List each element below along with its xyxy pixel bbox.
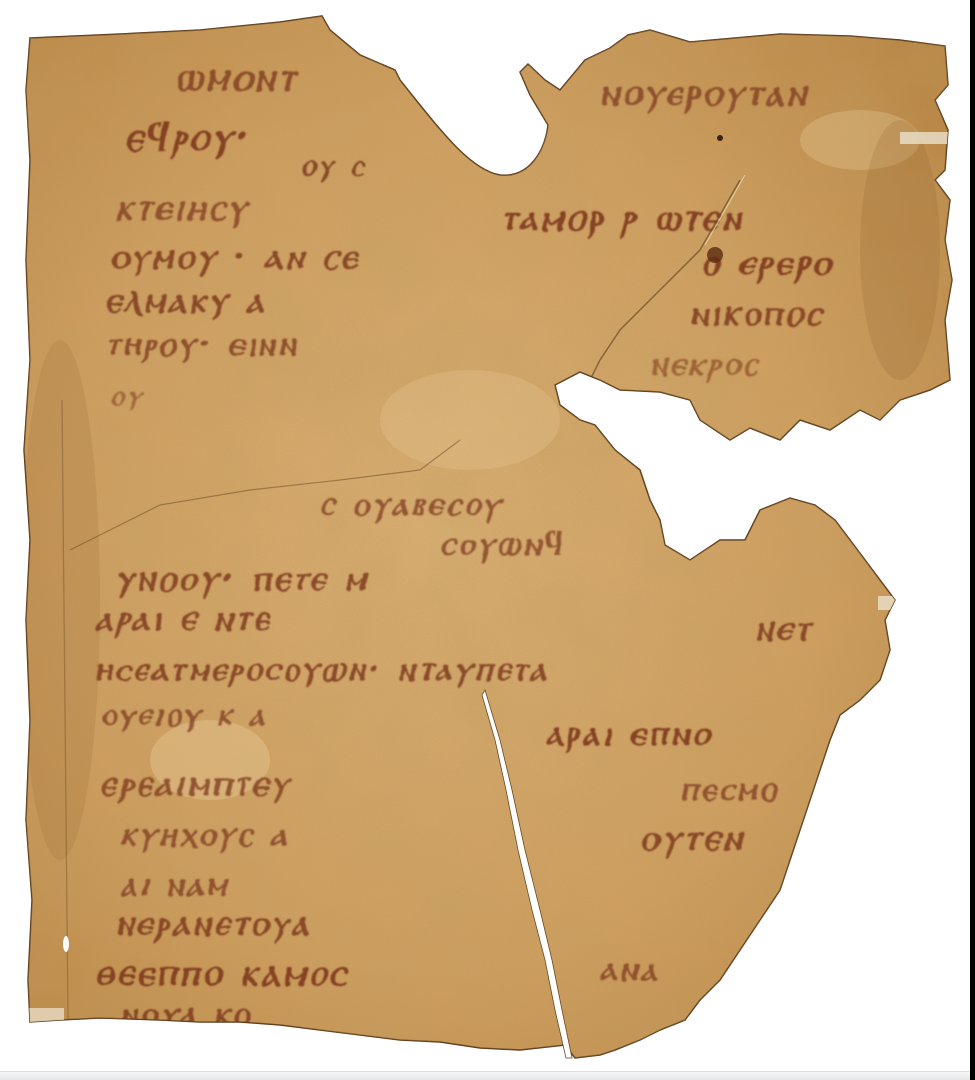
- script-line: ⲧⲏⲣⲟⲩ· ⲉⲓⲛⲛ: [105, 324, 298, 364]
- manuscript-photo: ⲱⲙⲟⲛⲧⲉϥⲣⲟⲩ·ⲟⲩ ⲥⲕⲧⲉⲓⲏⲥⲩⲟⲩⲙⲟⲩ · ⲁⲛ ⲥⲉⲉⲗⲙⲁⲕ…: [0, 0, 975, 1080]
- script-line: ⲥ ⲟⲩⲁⲃⲉⲥⲟⲩ: [320, 484, 504, 524]
- script-line: ⲛⲟⲩⲉⲣⲟⲩⲧⲁⲛ: [600, 69, 809, 115]
- parchment-body: ⲱⲙⲟⲛⲧⲉϥⲣⲟⲩ·ⲟⲩ ⲥⲕⲧⲉⲓⲏⲥⲩⲟⲩⲙⲟⲩ · ⲁⲛ ⲥⲉⲉⲗⲙⲁⲕ…: [0, 0, 975, 1080]
- script-line: ⲛⲉⲧ: [755, 607, 815, 649]
- script-line: ⲛⲉⲣⲁⲛⲉⲧⲟⲩⲁ: [115, 902, 311, 944]
- script-line: ⲟⲩⲙⲟⲩ · ⲁⲛ ⲥⲉ: [110, 235, 361, 277]
- script-line: ⲉⲗⲙⲁⲕⲩ ⲁ: [105, 279, 266, 321]
- script-line: ⲑⲉⲉⲡⲡⲟ ⲕⲁⲙⲟⲥ: [95, 949, 350, 994]
- script-line: ⲁⲣⲁⲓ ⲉ ⲛⲧⲉ: [95, 597, 273, 639]
- script-line: ⲛⲉⲕⲣⲟⲥ: [650, 344, 761, 384]
- script-line: ⲡⲉⲥⲙⲟ: [680, 769, 780, 809]
- script-line: ⲁⲛⲁ: [600, 949, 660, 989]
- script-line: ⲉϥⲣⲟⲩ·: [125, 113, 252, 160]
- script-line: ⲧⲁⲙⲟⲣ ⲣ ⲱⲧⲉⲛ: [500, 194, 744, 240]
- script-line: ⲟ ⲉⲣⲉⲣⲟ: [700, 239, 834, 285]
- script-line: ⲕⲧⲉⲓⲏⲥⲩ: [115, 184, 251, 230]
- image-bottom-edge: [0, 1071, 970, 1080]
- script-line: ⲏⲥⲉⲁⲧⲙⲉⲣⲟⲥⲟⲩⲱⲛ· ⲛⲧⲁⲩⲡⲉⲧⲁ: [95, 649, 549, 689]
- script-line: ⲟⲩ ⲥ: [300, 148, 365, 183]
- parchment-fragment: ⲱⲙⲟⲛⲧⲉϥⲣⲟⲩ·ⲟⲩ ⲥⲕⲧⲉⲓⲏⲥⲩⲟⲩⲙⲟⲩ · ⲁⲛ ⲥⲉⲉⲗⲙⲁⲕ…: [0, 0, 975, 1080]
- script-line: ⲉⲣⲉⲁⲓⲙⲡⲧⲉⲩ: [100, 762, 292, 804]
- script-line: ⲟⲩⲧⲉⲛ: [640, 814, 745, 860]
- script-line: ⲟⲩ: [110, 379, 144, 412]
- image-frame-edge: [970, 0, 975, 1080]
- script-line: ⲛⲟⲩⲁ ⲕⲟ: [120, 994, 252, 1034]
- script-line: ⲱⲙⲟⲛⲧ: [175, 53, 300, 100]
- script-line: ⲥⲟⲩⲱⲛϥ: [440, 524, 565, 564]
- script-line: ⲛⲓⲕⲟⲡⲟⲥ: [690, 292, 825, 334]
- script-line: ⲁⲓ ⲛⲁⲙ: [120, 864, 229, 904]
- script-line: ⲁⲣⲁⲓ ⲉⲡⲛⲟ: [545, 712, 712, 754]
- script-line: ⲩⲛⲟⲟⲩ· ⲡⲉⲧⲉ ⲙ: [115, 557, 368, 599]
- parchment-hole: [63, 936, 69, 952]
- script-line: ⲕⲩⲏⲭⲟⲩⲥ ⲁ: [120, 814, 290, 854]
- script-line: ⲟⲩⲉⲓⲟⲩ ⲕ ⲁ: [100, 695, 268, 733]
